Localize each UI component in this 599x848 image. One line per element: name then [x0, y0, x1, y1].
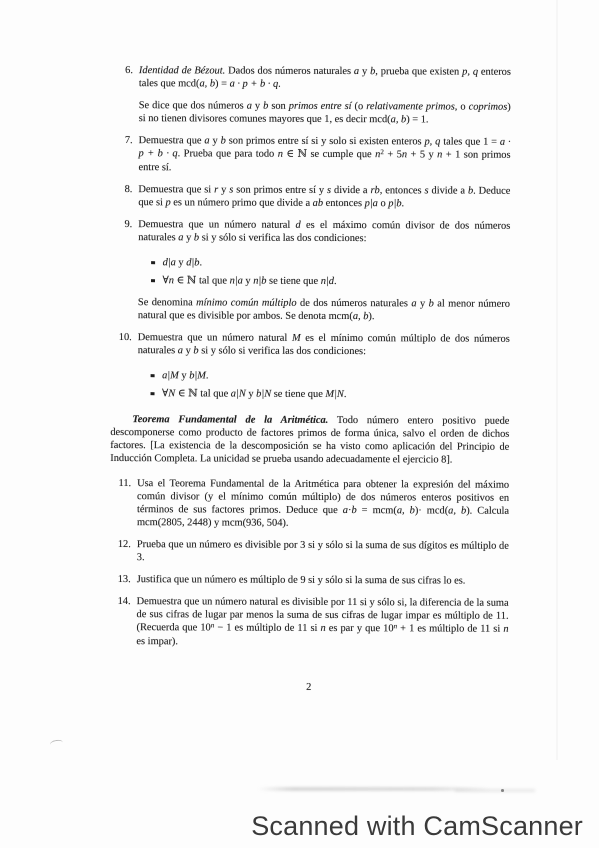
text-run: n|a — [230, 276, 243, 287]
bullet-list: a|M y b|M.∀N ∈ ℕ tal que a|N y b|N se ti… — [110, 369, 509, 402]
text-run: n|b — [253, 276, 266, 287]
text-run: si y sólo si verifica las dos condicione… — [199, 232, 366, 244]
text-run: ). — [368, 311, 374, 322]
text-run: y — [252, 101, 263, 112]
text-run: y — [243, 276, 253, 287]
exercise-item: 12.Prueba que un número es divisible por… — [110, 538, 509, 566]
text-run: 2 — [380, 148, 384, 156]
text-run: Demuestra que — [139, 135, 205, 146]
text-run: Prueba que un número es divisible por 3 … — [137, 539, 509, 563]
paragraph: Se denomina mínimo común múltiplo de dos… — [138, 296, 510, 324]
item-number: 12. — [110, 538, 131, 564]
exercise-item: 13.Justifica que un número es múltiplo d… — [110, 573, 509, 588]
text-run: a, b — [397, 505, 415, 516]
text-run: coprimos — [469, 102, 508, 113]
text-run: Demuestra que un número natural — [138, 219, 295, 231]
text-run: y — [176, 257, 186, 268]
text-run: d|b — [186, 257, 199, 268]
exercise-item: 14.Demuestra que un número natural es di… — [109, 595, 508, 650]
text-run: d|a — [163, 257, 176, 268]
text-run: )· mcd( — [415, 505, 448, 516]
text-run: + 1 es múltiplo de 11 si — [397, 623, 503, 634]
text-run: Se dice que dos números — [139, 100, 247, 111]
item-number: 14. — [109, 595, 130, 648]
text-run: . — [334, 276, 337, 287]
document-content: 6.Identidad de Bézout. Dados dos números… — [109, 55, 511, 695]
text-run: son primos entre sí si y solo si existen… — [226, 135, 425, 147]
text-run: M — [292, 333, 301, 344]
text-run: ∈ ℕ tal que — [175, 388, 231, 399]
text-run: Justifica que un número es múltiplo de 9… — [137, 574, 466, 586]
bullet-text: d|a y d|b. — [163, 256, 203, 269]
text-run: n — [211, 621, 215, 629]
text-run: primos entre sí — [289, 101, 352, 112]
text-run: mínimo común múltiplo — [196, 297, 296, 308]
text-run: M|N — [325, 389, 344, 400]
bullet-square-icon — [151, 261, 155, 265]
item-number: 10. — [111, 331, 132, 357]
item-number: 11. — [110, 477, 131, 529]
scan-artifact-dot — [501, 789, 504, 792]
camscanner-watermark: Scanned with CamScanner — [251, 811, 583, 842]
scan-artifact-mark — [49, 739, 63, 748]
text-run: p, q — [424, 136, 440, 147]
text-run: y — [210, 135, 221, 146]
text-run: , prueba que existen — [375, 66, 462, 77]
text-run: a, b — [353, 311, 369, 322]
text-run: relativamente primos — [366, 101, 455, 112]
bullet-text: ∀n ∈ ℕ tal que n|a y n|b se tiene que n|… — [162, 274, 336, 288]
text-run: Identidad de Bézout. — [139, 65, 225, 76]
text-run: entonces — [323, 198, 365, 209]
exercise-item: 9.Demuestra que un número natural d es e… — [111, 218, 510, 246]
text-run: n — [394, 622, 398, 630]
text-run: Demuestra que si — [138, 184, 214, 195]
item-text: Demuestra que un número natural es divis… — [136, 595, 508, 650]
text-run: b|M — [189, 370, 206, 381]
bullet-square-icon — [151, 374, 155, 378]
text-run: , o — [455, 101, 469, 112]
item-text: Justifica que un número es múltiplo de 9… — [137, 573, 509, 588]
theorem-paragraph: Teorema Fundamental de la Aritmética. To… — [110, 413, 509, 467]
text-run: se tiene que — [266, 276, 320, 287]
scan-page-edge — [556, 0, 558, 760]
bullet-item: ∀N ∈ ℕ tal que a|N y b|N se tiene que M|… — [110, 387, 509, 402]
text-run: es impar). — [136, 636, 178, 647]
text-run: son primos entre sí y — [233, 185, 327, 196]
text-run: N — [168, 388, 175, 399]
bullet-list: d|a y d|b.∀n ∈ ℕ tal que n|a y n|b se ti… — [111, 256, 510, 289]
text-run: divide a — [331, 185, 370, 196]
text-run: ab — [313, 198, 323, 209]
text-run: tales que 1 = — [440, 136, 500, 147]
text-run: son — [268, 101, 288, 112]
text-run: Dados dos números naturales — [225, 65, 354, 77]
text-run: a · p + b · q — [230, 79, 279, 90]
text-run: − 1 es múltiplo de 11 si — [214, 622, 320, 633]
item-text: Prueba que un número es divisible por 3 … — [137, 538, 509, 566]
item-number: 13. — [110, 573, 131, 586]
item-number: 8. — [111, 183, 132, 209]
item-number: 9. — [111, 218, 132, 244]
text-run: (o — [352, 101, 367, 112]
exercise-item: 8.Demuestra que si r y s son primos entr… — [111, 183, 510, 211]
text-run: a|M — [162, 370, 179, 381]
exercise-list: 6.Identidad de Bézout. Dados dos números… — [109, 64, 511, 650]
text-run: a|N — [231, 389, 246, 400]
text-run: ) = 1. — [406, 114, 428, 125]
exercise-item: 11.Usa el Teorema Fundamental de la Arit… — [110, 477, 509, 531]
text-run: p, q — [462, 67, 478, 78]
exercise-item: 10.Demuestra que un número natural M es … — [111, 331, 510, 359]
item-number: 7. — [111, 134, 132, 174]
bullet-text: a|M y b|M. — [162, 369, 208, 382]
text-run: a, b — [391, 114, 407, 125]
item-text: Demuestra que un número natural d es el … — [138, 218, 510, 246]
item-text: Demuestra que a y b son primos entre sí … — [138, 134, 510, 176]
bullet-item: ∀n ∈ ℕ tal que n|a y n|b se tiene que n|… — [111, 274, 510, 289]
text-run: n — [503, 624, 508, 635]
text-run: y — [179, 370, 189, 381]
bullet-square-icon — [151, 279, 155, 283]
bullet-item: d|a y d|b. — [111, 256, 510, 271]
text-run: n — [375, 149, 380, 160]
page-number: 2 — [109, 680, 508, 695]
text-run: Demuestra que un número natural — [138, 332, 292, 344]
text-run: y — [183, 232, 193, 243]
text-run: ) = — [215, 78, 230, 89]
text-run: p|a — [365, 198, 378, 209]
text-run: y — [183, 345, 193, 356]
text-run: o — [378, 198, 388, 209]
text-run: y — [417, 298, 429, 309]
text-run: y — [246, 389, 256, 400]
text-run: + 5 y — [407, 149, 437, 160]
text-run: ∈ ℕ tal que — [174, 275, 230, 286]
exercise-item: 6.Identidad de Bézout. Dados dos números… — [112, 64, 511, 92]
text-run: . — [206, 370, 209, 381]
text-run: . Prueba que para todo — [178, 148, 278, 159]
text-run: + 5 — [384, 149, 402, 160]
text-run: ∈ ℕ se cumple que — [283, 149, 375, 160]
bullet-item: a|M y b|M. — [111, 369, 510, 384]
text-run: n|d — [321, 276, 334, 287]
text-run: rb — [370, 185, 379, 196]
scan-artifact-smudge — [455, 789, 535, 792]
paragraph: Se dice que dos números a y b son primos… — [139, 99, 511, 127]
text-run: , entonces — [380, 185, 425, 196]
exercise-item: 7.Demuestra que a y b son primos entre s… — [111, 134, 510, 176]
item-text: Demuestra que si r y s son primos entre … — [138, 183, 510, 211]
text-run: divide a — [429, 185, 468, 196]
text-run: de dos números naturales — [297, 298, 412, 310]
item-text: Identidad de Bézout. Dados dos números n… — [139, 64, 511, 92]
text-run: y — [359, 66, 370, 77]
item-text: Demuestra que un número natural M es el … — [138, 331, 510, 359]
text-run: . — [344, 389, 347, 400]
item-number: 6. — [112, 64, 133, 90]
text-run: . — [199, 257, 202, 268]
text-run: Se denomina — [138, 297, 196, 308]
text-run: si y sólo si verifica las dos condicione… — [199, 345, 366, 357]
scanned-page: 6.Identidad de Bézout. Dados dos números… — [0, 0, 599, 848]
bullet-square-icon — [151, 392, 155, 396]
text-run: Teorema Fundamental de la Aritmética. — [132, 414, 328, 426]
text-run: a, b — [199, 78, 215, 89]
text-run: se tiene que — [271, 389, 325, 400]
text-run: b|N — [256, 389, 271, 400]
bullet-text: ∀N ∈ ℕ tal que a|N y b|N se tiene que M|… — [162, 387, 347, 401]
text-run: a, b — [448, 505, 466, 516]
item-text: Usa el Teorema Fundamental de la Aritmét… — [137, 477, 509, 531]
text-run: . — [402, 198, 405, 209]
text-run: . — [278, 79, 281, 90]
text-run: es un número primo que divide a — [171, 197, 313, 209]
text-run: y — [218, 184, 229, 195]
text-run: es par y que 10 — [326, 623, 394, 634]
text-run: = mcm( — [357, 505, 397, 516]
text-run: p|b — [388, 198, 401, 209]
